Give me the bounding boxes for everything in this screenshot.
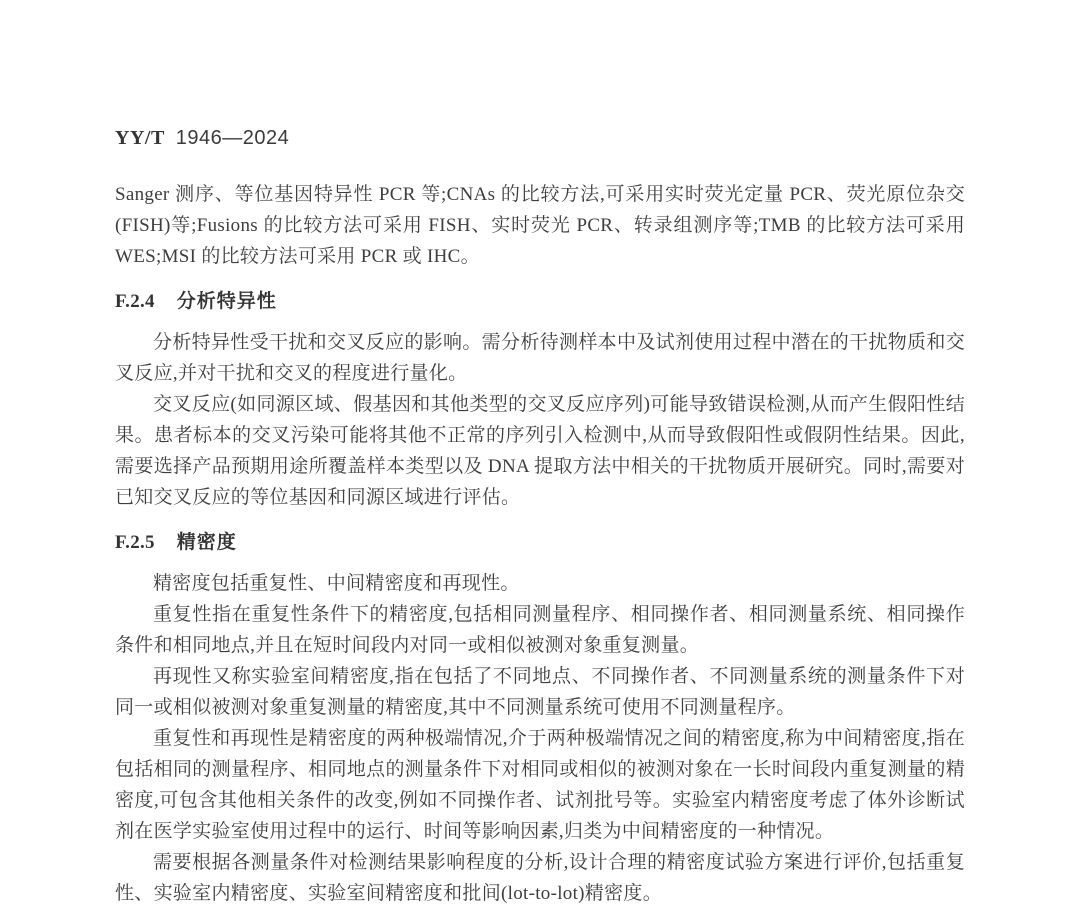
intro-paragraph: Sanger 测序、等位基因特异性 PCR 等;CNAs 的比较方法,可采用实时… — [115, 179, 965, 272]
paragraph: 需要根据各测量条件对检测结果影响程度的分析,设计合理的精密度试验方案进行评价,包… — [115, 847, 965, 908]
document-page: YY/T 1946—2024 Sanger 测序、等位基因特异性 PCR 等;C… — [0, 0, 1080, 908]
section-number: F.2.5 — [115, 532, 155, 553]
section-heading-f2-5: F.2.5 精密度 — [115, 527, 965, 558]
page-content: YY/T 1946—2024 Sanger 测序、等位基因特异性 PCR 等;C… — [115, 126, 965, 908]
standard-number: 1946—2024 — [176, 127, 289, 149]
section-number: F.2.4 — [115, 291, 155, 312]
paragraph: 精密度包括重复性、中间精密度和再现性。 — [115, 568, 965, 599]
paragraph: 再现性又称实验室间精密度,指在包括了不同地点、不同操作者、不同测量系统的测量条件… — [115, 661, 965, 723]
standard-prefix: YY/T — [115, 127, 165, 149]
doc-number: YY/T 1946—2024 — [115, 126, 965, 150]
section-title: 精密度 — [177, 532, 237, 553]
paragraph: 交叉反应(如同源区域、假基因和其他类型的交叉反应序列)可能导致错误检测,从而产生… — [115, 389, 965, 513]
paragraph: 重复性指在重复性条件下的精密度,包括相同测量程序、相同操作者、相同测量系统、相同… — [115, 599, 965, 661]
section-heading-f2-4: F.2.4 分析特异性 — [115, 286, 965, 317]
section-title: 分析特异性 — [177, 291, 277, 312]
paragraph: 重复性和再现性是精密度的两种极端情况,介于两种极端情况之间的精密度,称为中间精密… — [115, 723, 965, 847]
paragraph: 分析特异性受干扰和交叉反应的影响。需分析待测样本中及试剂使用过程中潜在的干扰物质… — [115, 327, 965, 389]
